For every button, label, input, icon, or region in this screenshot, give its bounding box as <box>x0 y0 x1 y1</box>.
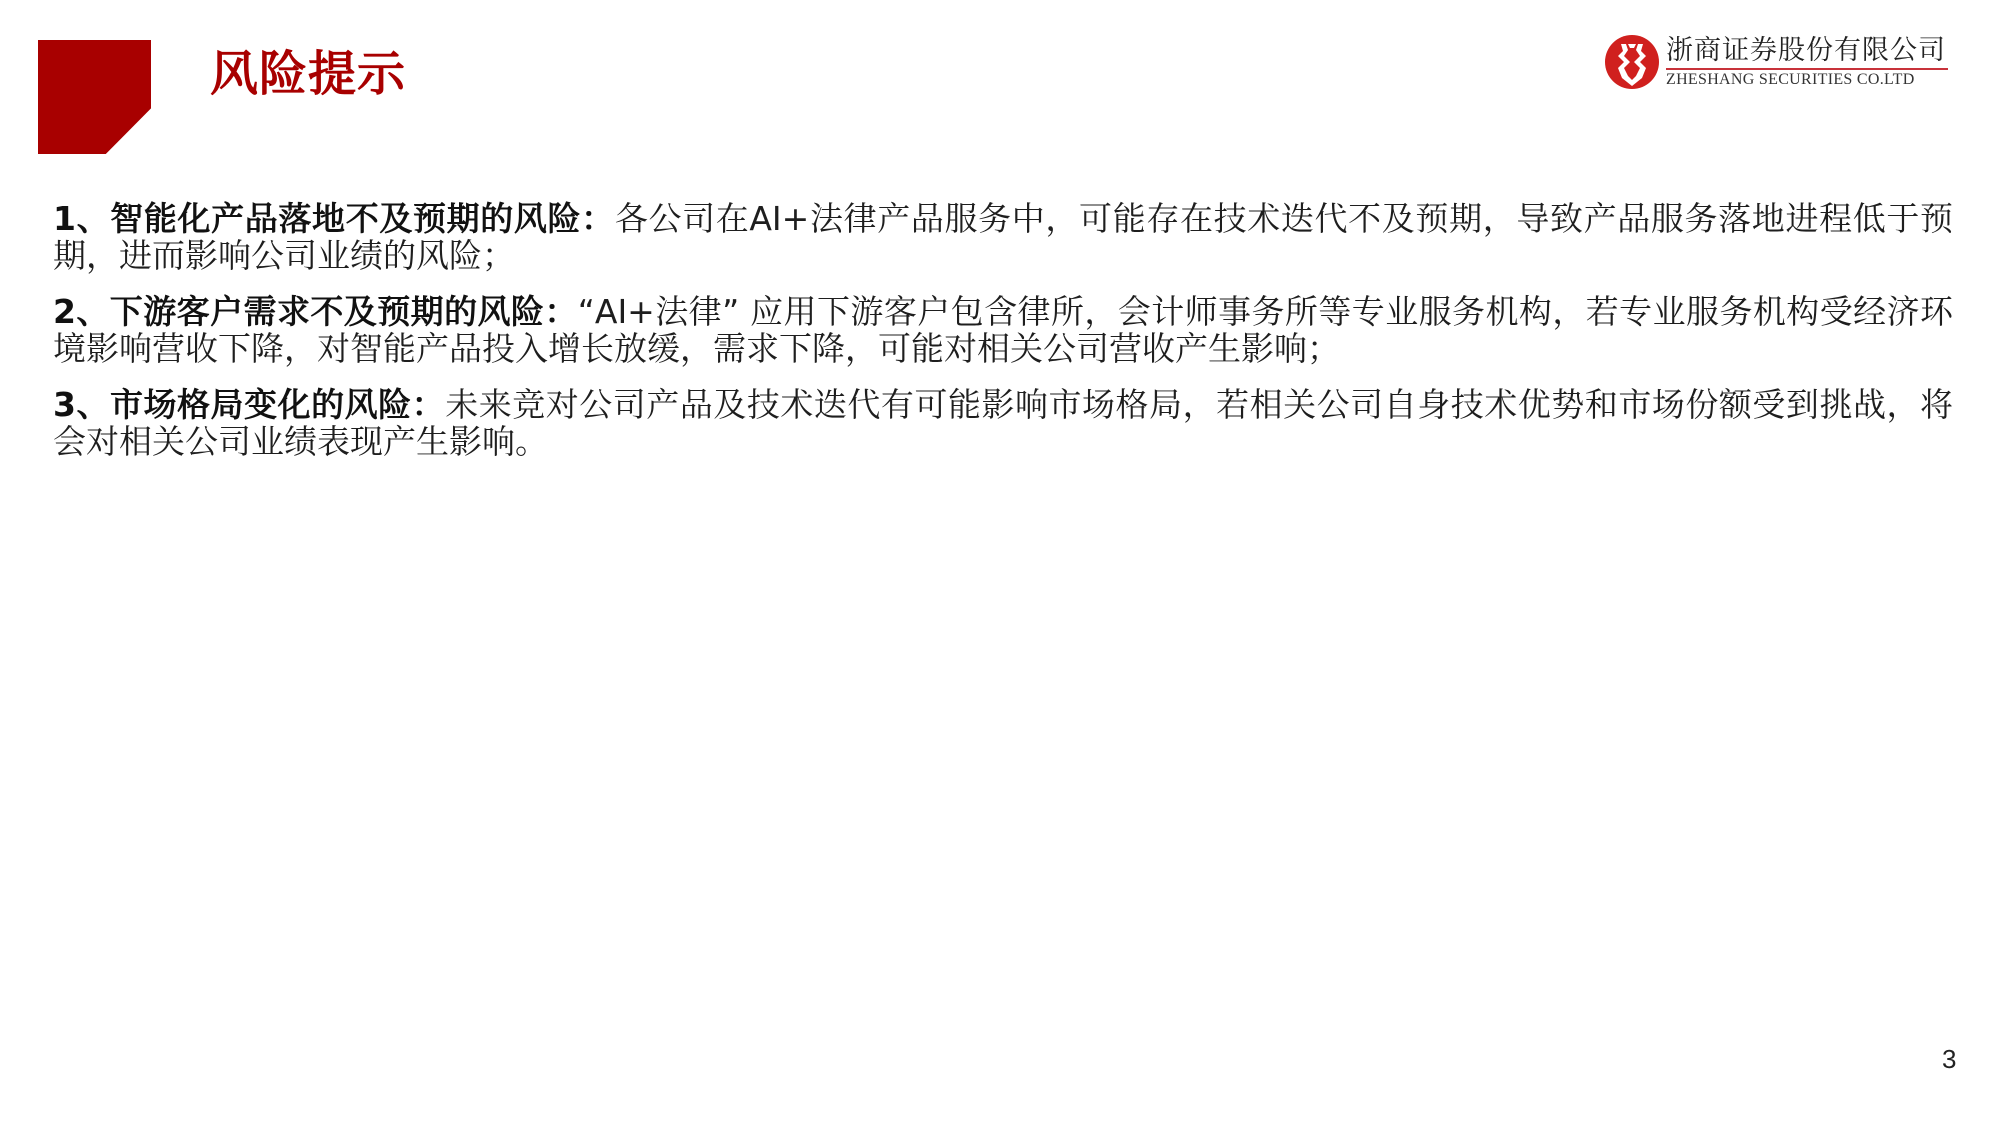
risk-title: 1、智能化产品落地不及预期的风险： <box>53 199 615 238</box>
risk-item-competition: 3、市场格局变化的风险：未来竞对公司产品及技术迭代有可能影响市场格局，若相关公司… <box>53 386 1953 460</box>
risk-item-technology: 1、智能化产品落地不及预期的风险：各公司在AI+法律产品服务中，可能存在技术迭代… <box>53 200 1953 274</box>
company-name-cn: 浙商证券股份有限公司 <box>1666 36 1946 66</box>
logo-divider <box>1666 68 1948 70</box>
zheshang-logo-icon <box>1604 34 1660 90</box>
risk-item-demand: 2、下游客户需求不及预期的风险：“AI+法律” 应用下游客户包含律所，会计师事务… <box>53 293 1953 367</box>
company-logo: 浙商证券股份有限公司 ZHESHANG SECURITIES CO.LTD <box>1604 34 1964 94</box>
company-name-en: ZHESHANG SECURITIES CO.LTD <box>1666 71 1915 89</box>
risk-list: 1、智能化产品落地不及预期的风险：各公司在AI+法律产品服务中，可能存在技术迭代… <box>53 200 1953 479</box>
risk-title: 3、市场格局变化的风险： <box>53 385 445 424</box>
page-number: 3 <box>1942 1044 1956 1075</box>
risk-title: 2、下游客户需求不及预期的风险： <box>53 292 578 331</box>
header-corner-block <box>38 40 151 154</box>
page-title: 风险提示 <box>210 46 406 102</box>
